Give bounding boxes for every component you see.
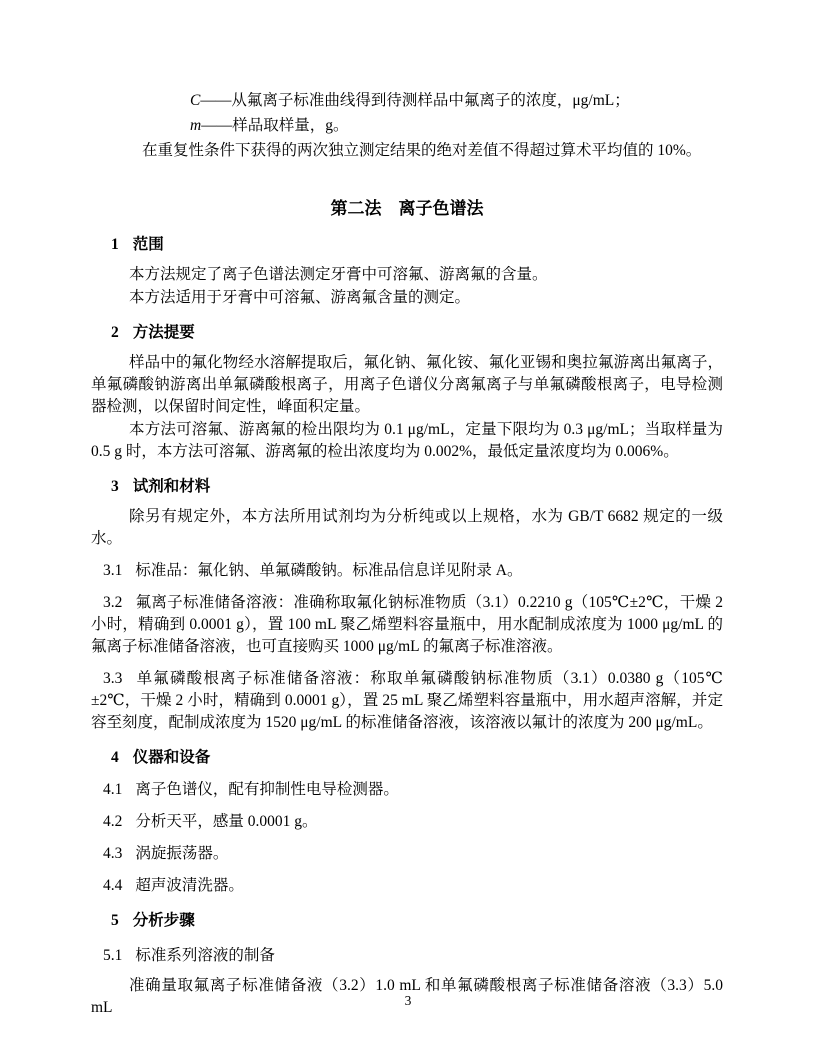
clause-3-2-number: 3.2 — [103, 594, 122, 611]
definition-desc-c: ——从氟离子标准曲线得到待测样品中氟离子的浓度，μg/mL； — [200, 92, 629, 109]
section-2-heading: 2方法提要 — [91, 322, 723, 344]
definition-line-m: m——样品取样量，g。 — [91, 113, 723, 138]
clause-4-2-text: 分析天平，感量 0.0001 g。 — [135, 813, 317, 830]
section-scope: 1范围 本方法规定了离子色谱法测定牙膏中可溶氟、游离氟的含量。 本方法适用于牙膏… — [91, 234, 723, 309]
preamble: C——从氟离子标准曲线得到待测样品中氟离子的浓度，μg/mL； m——样品取样量… — [91, 88, 723, 163]
scope-paragraph-2: 本方法适用于牙膏中可溶氟、游离氟含量的测定。 — [91, 287, 723, 309]
section-3-heading: 3试剂和材料 — [91, 476, 723, 498]
clause-3-1-number: 3.1 — [103, 562, 122, 579]
clause-5-1-number: 5.1 — [103, 947, 122, 964]
section-1-title: 范围 — [133, 236, 164, 253]
section-5-title: 分析步骤 — [133, 912, 195, 929]
method-summary-paragraph-1: 样品中的氟化物经水溶解提取后，氟化钠、氟化铵、氟化亚锡和奥拉氟游离出氟离子，单氟… — [91, 352, 723, 418]
definition-desc-m: ——样品取样量，g。 — [201, 117, 348, 134]
clause-4-3-text: 涡旋振荡器。 — [135, 845, 228, 862]
clause-3-3: 3.3单氟磷酸根离子标准储备溶液：称取单氟磷酸钠标准物质（3.1）0.0380 … — [91, 668, 723, 734]
section-1-number: 1 — [111, 236, 119, 253]
clause-5-1-heading: 5.1标准系列溶液的制备 — [91, 945, 723, 967]
clause-4-1: 4.1离子色谱仪，配有抑制性电导检测器。 — [91, 779, 723, 801]
clause-3-1: 3.1标准品：氟化钠、单氟磷酸钠。标准品信息详见附录 A。 — [91, 560, 723, 582]
clause-4-3-number: 4.3 — [103, 845, 122, 862]
clause-4-1-number: 4.1 — [103, 781, 122, 798]
section-5-heading: 5分析步骤 — [91, 910, 723, 932]
section-3-number: 3 — [111, 478, 119, 495]
definition-line-c: C——从氟离子标准曲线得到待测样品中氟离子的浓度，μg/mL； — [91, 88, 723, 113]
clause-4-4: 4.4超声波清洗器。 — [91, 875, 723, 897]
clause-5-1-title: 标准系列溶液的制备 — [135, 947, 275, 964]
clause-3-2: 3.2氟离子标准储备溶液：准确称取氟化钠标准物质（3.1）0.2210 g（10… — [91, 592, 723, 658]
section-5-number: 5 — [111, 912, 119, 929]
clause-4-2: 4.2分析天平，感量 0.0001 g。 — [91, 811, 723, 833]
clause-3-2-text: 氟离子标准储备溶液：准确称取氟化钠标准物质（3.1）0.2210 g（105℃±… — [91, 594, 723, 655]
clause-3-1-text: 标准品：氟化钠、单氟磷酸钠。标准品信息详见附录 A。 — [135, 562, 522, 579]
method-summary-paragraph-2: 本方法可溶氟、游离氟的检出限均为 0.1 μg/mL，定量下限均为 0.3 μg… — [91, 419, 723, 463]
clause-3-3-number: 3.3 — [103, 670, 122, 687]
chapter-title: 第二法 离子色谱法 — [91, 197, 723, 221]
section-4-heading: 4仪器和设备 — [91, 747, 723, 769]
clause-4-1-text: 离子色谱仪，配有抑制性电导检测器。 — [135, 781, 399, 798]
symbol-c: C — [190, 92, 200, 109]
reagents-intro-paragraph: 除另有规定外，本方法所用试剂均为分析纯或以上规格，水为 GB/T 6682 规定… — [91, 506, 723, 550]
clause-4-4-text: 超声波清洗器。 — [135, 877, 244, 894]
clause-3-3-text: 单氟磷酸根离子标准储备溶液：称取单氟磷酸钠标准物质（3.1）0.0380 g（1… — [91, 670, 723, 731]
symbol-m: m — [190, 117, 201, 134]
document-page: C——从氟离子标准曲线得到待测样品中氟离子的浓度，μg/mL； m——样品取样量… — [0, 0, 816, 1056]
section-3-title: 试剂和材料 — [133, 478, 211, 495]
section-2-number: 2 — [111, 324, 119, 341]
section-4-number: 4 — [111, 749, 119, 766]
scope-paragraph-1: 本方法规定了离子色谱法测定牙膏中可溶氟、游离氟的含量。 — [91, 264, 723, 286]
section-2-title: 方法提要 — [133, 324, 195, 341]
section-method-summary: 2方法提要 样品中的氟化物经水溶解提取后，氟化钠、氟化铵、氟化亚锡和奥拉氟游离出… — [91, 322, 723, 463]
clause-4-2-number: 4.2 — [103, 813, 122, 830]
clause-4-3: 4.3涡旋振荡器。 — [91, 843, 723, 865]
section-apparatus: 4仪器和设备 4.1离子色谱仪，配有抑制性电导检测器。 4.2分析天平，感量 0… — [91, 747, 723, 897]
section-4-title: 仪器和设备 — [133, 749, 211, 766]
section-1-heading: 1范围 — [91, 234, 723, 256]
section-reagents: 3试剂和材料 除另有规定外，本方法所用试剂均为分析纯或以上规格，水为 GB/T … — [91, 476, 723, 734]
clause-4-4-number: 4.4 — [103, 877, 122, 894]
repeatability-note: 在重复性条件下获得的两次独立测定结果的绝对差值不得超过算术平均值的 10%。 — [91, 138, 723, 163]
page-number: 3 — [0, 993, 816, 1009]
